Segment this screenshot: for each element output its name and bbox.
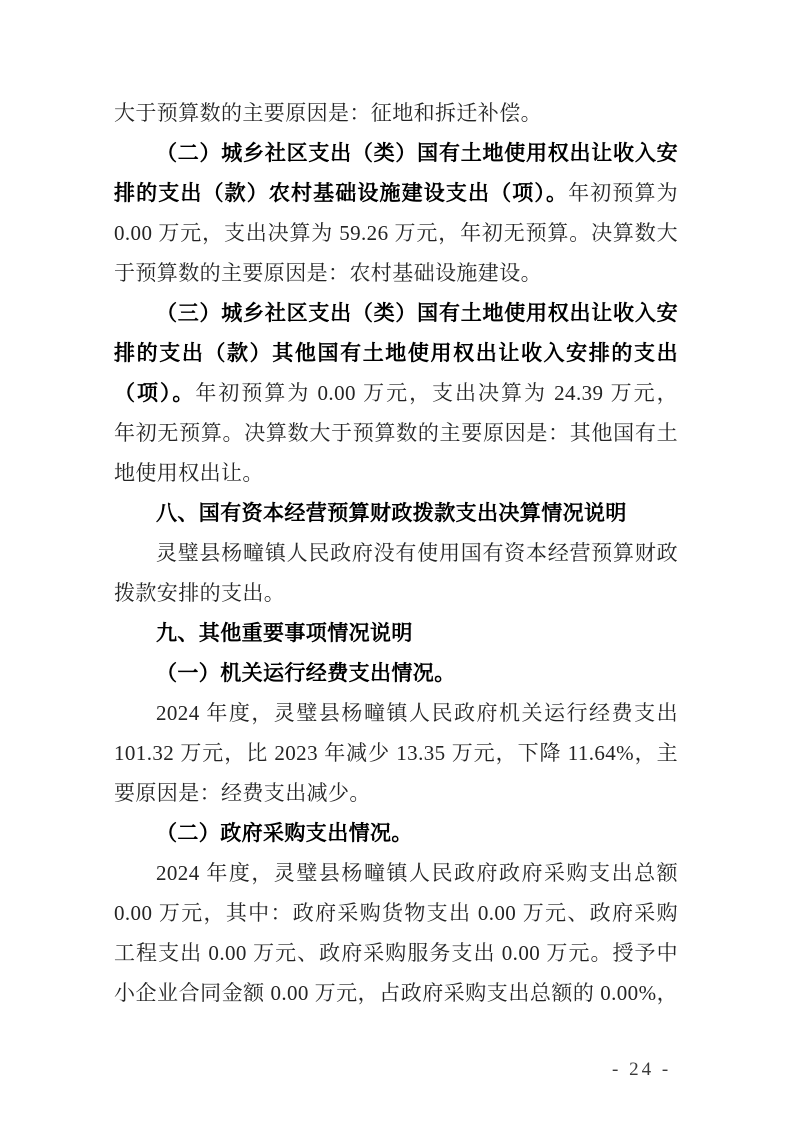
text-line: 工程支出 0.00 万元、政府采购服务支出 0.00 万元。授予中	[114, 933, 678, 973]
text-line: 要原因是：经费支出减少。	[114, 773, 678, 813]
text-line-section-3-heading: （三）城乡社区支出（类）国有土地使用权出让收入安	[114, 293, 678, 333]
text-run: 要原因是：经费支出减少。	[114, 781, 371, 805]
text-run: 101.32 万元，比 2023 年减少 13.35 万元，下降 11.64%，…	[114, 741, 678, 765]
text-line: （项）。年初预算为 0.00 万元，支出决算为 24.39 万元，	[114, 373, 678, 413]
text-run: 大于预算数的主要原因是：征地和拆迁补偿。	[114, 101, 542, 125]
text-run: 拨款安排的支出。	[114, 581, 285, 605]
text-line: 大于预算数的主要原因是：征地和拆迁补偿。	[114, 93, 678, 133]
text-run: 0.00 万元，支出决算为 59.26 万元，年初无预算。决算数大	[114, 221, 678, 245]
text-run: 地使用权出让。	[114, 461, 264, 485]
text-run: 年初无预算。决算数大于预算数的主要原因是：其他国有土	[114, 421, 678, 445]
text-line: 0.00 万元，支出决算为 59.26 万元，年初无预算。决算数大	[114, 213, 678, 253]
text-line: 小企业合同金额 0.00 万元，占政府采购支出总额的 0.00%，	[114, 973, 678, 1013]
text-line: 0.00 万元，其中：政府采购货物支出 0.00 万元、政府采购	[114, 893, 678, 933]
text-run: （二）城乡社区支出（类）国有土地使用权出让收入安	[156, 142, 678, 165]
text-run: 工程支出 0.00 万元、政府采购服务支出 0.00 万元。授予中	[114, 941, 678, 965]
page-number: - 24 -	[612, 1059, 671, 1081]
text-line-section-2-heading: （二）城乡社区支出（类）国有土地使用权出让收入安	[114, 133, 678, 173]
text-line: 101.32 万元，比 2023 年减少 13.35 万元，下降 11.64%，…	[114, 733, 678, 773]
text-line: 于预算数的主要原因是：农村基础设施建设。	[114, 253, 678, 293]
text-line: 地使用权出让。	[114, 453, 678, 493]
text-run: 九、其他重要事项情况说明	[156, 622, 413, 645]
text-run: （一）机关运行经费支出情况。	[156, 662, 456, 685]
text-run: 八、国有资本经营预算财政拨款支出决算情况说明	[156, 502, 627, 525]
text-line: 排的支出（款）农村基础设施建设支出（项）。年初预算为	[114, 173, 678, 213]
document-body: 大于预算数的主要原因是：征地和拆迁补偿。 （二）城乡社区支出（类）国有土地使用权…	[114, 93, 678, 1013]
text-run: （二）政府采购支出情况。	[156, 822, 413, 845]
text-run: 0.00 万元，其中：政府采购货物支出 0.00 万元、政府采购	[114, 901, 678, 925]
text-line: 拨款安排的支出。	[114, 573, 678, 613]
text-run: 2024 年度，灵璧县杨疃镇人民政府政府采购支出总额	[156, 861, 678, 885]
text-run: 2024 年度，灵璧县杨疃镇人民政府机关运行经费支出	[156, 701, 678, 725]
heading-subsection-1: （一）机关运行经费支出情况。	[114, 653, 678, 693]
heading-section-9: 九、其他重要事项情况说明	[114, 613, 678, 653]
text-run: （项）。	[114, 382, 195, 405]
document-page: 大于预算数的主要原因是：征地和拆迁补偿。 （二）城乡社区支出（类）国有土地使用权…	[0, 0, 793, 1122]
text-run: （三）城乡社区支出（类）国有土地使用权出让收入安	[156, 302, 678, 325]
text-line: 年初无预算。决算数大于预算数的主要原因是：其他国有土	[114, 413, 678, 453]
text-run: 年初预算为 0.00 万元，支出决算为 24.39 万元，	[195, 381, 678, 405]
text-line: 2024 年度，灵璧县杨疃镇人民政府政府采购支出总额	[114, 853, 678, 893]
text-run: 于预算数的主要原因是：农村基础设施建设。	[114, 261, 542, 285]
text-run: 小企业合同金额 0.00 万元，占政府采购支出总额的 0.00%，	[114, 981, 678, 1005]
heading-subsection-2: （二）政府采购支出情况。	[114, 813, 678, 853]
text-line: 灵璧县杨疃镇人民政府没有使用国有资本经营预算财政	[114, 533, 678, 573]
text-run: 灵璧县杨疃镇人民政府没有使用国有资本经营预算财政	[156, 541, 678, 565]
text-line: 2024 年度，灵璧县杨疃镇人民政府机关运行经费支出	[114, 693, 678, 733]
text-line: 排的支出（款）其他国有土地使用权出让收入安排的支出	[114, 333, 678, 373]
text-run: 年初预算为	[568, 181, 678, 205]
text-run: 排的支出（款）其他国有土地使用权出让收入安排的支出	[114, 342, 678, 365]
text-run: 排的支出（款）农村基础设施建设支出（项）。	[114, 182, 568, 205]
heading-section-8: 八、国有资本经营预算财政拨款支出决算情况说明	[114, 493, 678, 533]
